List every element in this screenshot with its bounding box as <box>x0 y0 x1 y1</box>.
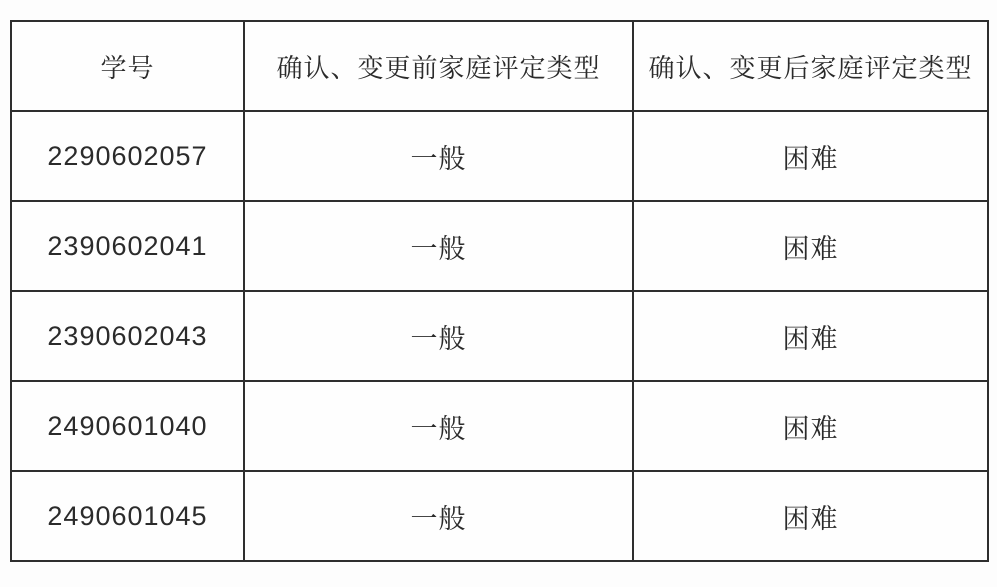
table-row: 2490601040 一般 困难 <box>11 381 988 471</box>
table-row: 2390602041 一般 困难 <box>11 201 988 291</box>
cell-before-type: 一般 <box>244 111 633 201</box>
table-row: 2390602043 一般 困难 <box>11 291 988 381</box>
cell-after-type: 困难 <box>633 201 988 291</box>
cell-before-type: 一般 <box>244 471 633 561</box>
header-before-type: 确认、变更前家庭评定类型 <box>244 21 633 111</box>
table-header-row: 学号 确认、变更前家庭评定类型 确认、变更后家庭评定类型 <box>11 21 988 111</box>
cell-after-type: 困难 <box>633 111 988 201</box>
header-after-type: 确认、变更后家庭评定类型 <box>633 21 988 111</box>
cell-before-type: 一般 <box>244 291 633 381</box>
cell-student-id: 2490601045 <box>11 471 244 561</box>
cell-student-id: 2390602043 <box>11 291 244 381</box>
cell-student-id: 2290602057 <box>11 111 244 201</box>
cell-before-type: 一般 <box>244 381 633 471</box>
cell-after-type: 困难 <box>633 471 988 561</box>
cell-after-type: 困难 <box>633 381 988 471</box>
cell-student-id: 2490601040 <box>11 381 244 471</box>
family-assessment-table: 学号 确认、变更前家庭评定类型 确认、变更后家庭评定类型 2290602057 … <box>10 20 989 562</box>
table-row: 2290602057 一般 困难 <box>11 111 988 201</box>
header-student-id: 学号 <box>11 21 244 111</box>
cell-before-type: 一般 <box>244 201 633 291</box>
cell-student-id: 2390602041 <box>11 201 244 291</box>
page: 学号 确认、变更前家庭评定类型 确认、变更后家庭评定类型 2290602057 … <box>0 0 997 587</box>
table-row: 2490601045 一般 困难 <box>11 471 988 561</box>
cell-after-type: 困难 <box>633 291 988 381</box>
